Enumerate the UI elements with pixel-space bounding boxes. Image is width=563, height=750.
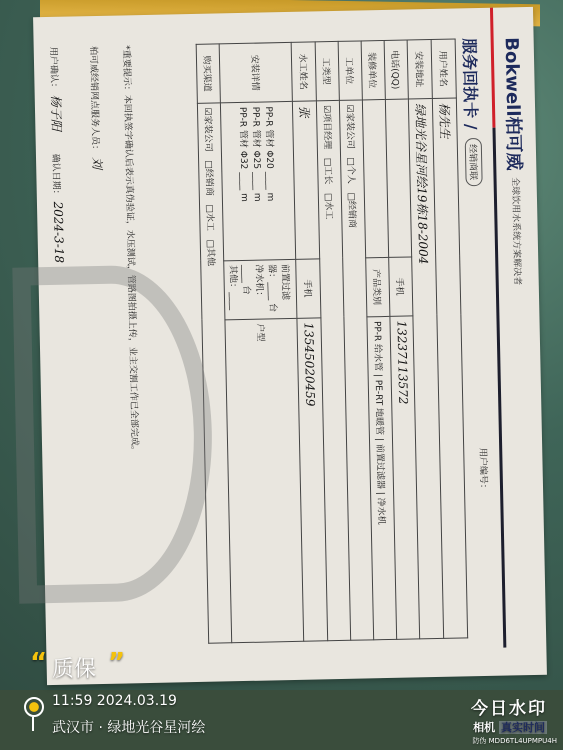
timestamp: 11:59 2024.03.19 [52,693,177,709]
app-subtitle: 相机 真实时间 [473,719,547,735]
quote-open-icon: “ [30,648,47,678]
app-badge: 真实时间 [499,721,547,734]
anti-fake-code: 防伪 MDD6TL4UPMPU4H [472,736,557,746]
app-sub-label: 相机 [473,721,495,734]
location-pin-icon [24,697,44,717]
location-pin-stem [32,717,34,731]
app-name: 今日水印 [471,694,547,719]
location-text: 武汉市 · 绿地光谷星河绘 [52,717,205,737]
quote-close-icon: ” [108,648,125,678]
photo-watermark-overlay: “ 质保 ” 11:59 2024.03.19 武汉市 · 绿地光谷星河绘 今日… [0,0,563,750]
watermark-tag: 质保 [52,652,96,683]
